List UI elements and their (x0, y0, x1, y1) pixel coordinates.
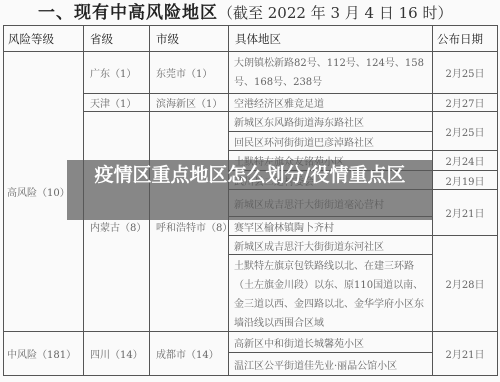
caption-overlay-text: 疫情区重点地区怎么划分/役情重点区 (80, 162, 420, 188)
area-item: 大朗镇松新路82号、112号、124号、158号、168号、238号 (234, 52, 428, 93)
city-binhai: 滨海新区（1） (156, 94, 227, 111)
header-risk-level: 风险等级 (8, 26, 82, 51)
area-item: 高新区中和街道长城馨苑小区 (234, 332, 428, 352)
publish-date: 2月27日 (433, 94, 497, 111)
area-item: 空港经济区雅竞足道 (234, 94, 428, 111)
area-item: 回民区环河街街道巴彦淖路社区 (234, 132, 428, 150)
risk-level-medium: 中风险（181） (7, 332, 82, 375)
publish-date: 2月28日 (433, 236, 497, 331)
publish-date: 2月24日 (433, 151, 497, 170)
publish-date: 2月25日 (433, 112, 497, 150)
header-date: 公布日期 (437, 26, 495, 51)
header-province: 省级 (90, 26, 148, 51)
header-area: 具体地区 (235, 26, 425, 51)
publish-date: 2月21日 (433, 332, 497, 375)
province-guangdong: 广东（1） (90, 52, 148, 93)
table-border-left (3, 25, 4, 376)
area-item: 温江区公平街道佳先业·丽晶公馆小区 (234, 353, 428, 375)
table-border-right (497, 25, 498, 376)
area-item: 新城区成吉思汗大街街道东河社区 (234, 236, 428, 254)
area-item: 土默特左旗京包铁路线以北、在建三环路（土左旗金川段）以东、原110国道以南、金三… (234, 255, 428, 331)
header-city: 市级 (156, 26, 226, 51)
city-chengdu: 成都市（14） (156, 332, 227, 375)
table-border-bottom (3, 375, 497, 376)
city-dongguan: 东莞市（1） (156, 52, 227, 93)
publish-date: 2月21日 (433, 190, 497, 235)
publish-date: 2月25日 (433, 52, 497, 93)
area-item: 新城区东风路街道海东路社区 (234, 112, 428, 131)
province-tianjin: 天津（1） (90, 94, 148, 111)
province-sichuan: 四川（14） (90, 332, 148, 375)
publish-date: 2月19日 (433, 171, 497, 189)
